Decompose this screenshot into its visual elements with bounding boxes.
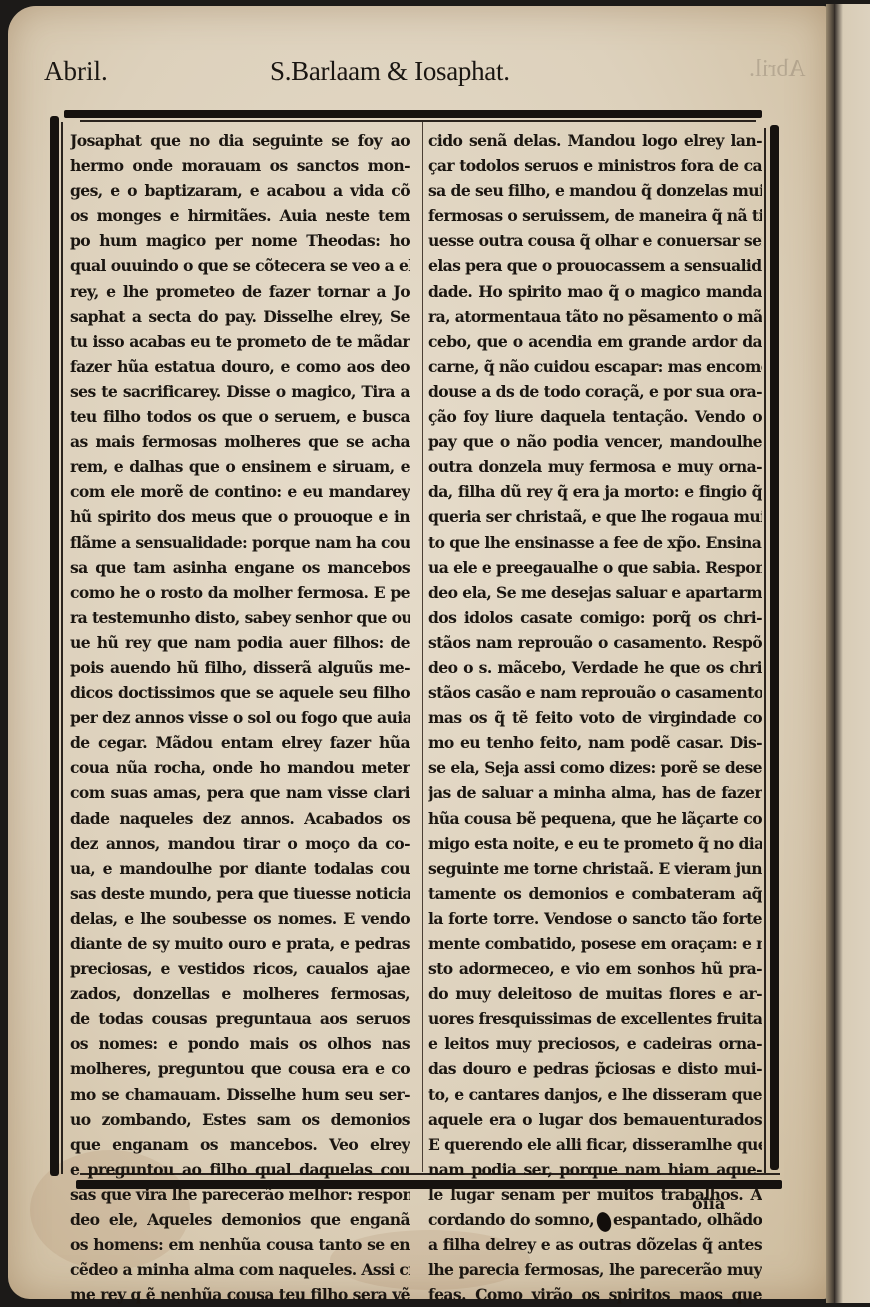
- text-line: com suas amas, pera que nam visse clari: [70, 780, 410, 805]
- text-line: uores fresquissimas de excellentes fruit…: [428, 1006, 762, 1031]
- text-line: to, e cantares danjos, e lhe disseram qu…: [428, 1082, 762, 1107]
- text-line: saphat a secta do pay. Disselhe elrey, S…: [70, 304, 410, 329]
- text-line: uo zombando, Estes sam os demonios: [70, 1107, 410, 1132]
- text-line: de todas cousas preguntaua aos seruos: [70, 1006, 410, 1031]
- text-line: diante de sy muito ouro e prata, e pedra…: [70, 931, 410, 956]
- text-line: hũ spirito dos meus que o prouoque e in: [70, 504, 410, 529]
- text-line: pois auendo hũ filho, disserã alguũs me-: [70, 655, 410, 680]
- text-line: douse a ds de todo coraçã, e por sua ora…: [428, 379, 762, 404]
- running-head-title: S.Barlaam & Iosaphat.: [270, 56, 510, 87]
- text-line: ua, e mandoulhe por diante todalas cou: [70, 856, 410, 881]
- text-line: tu isso acabas eu te prometo de te mãdar: [70, 329, 410, 354]
- text-line: stãos casão e nam reprouão o casamento: [428, 680, 762, 705]
- right-border-rule: [770, 125, 779, 1170]
- adjacent-page-edge: [834, 4, 870, 1303]
- signature-mark: oiia: [692, 1194, 725, 1213]
- text-line: hũa cousa bẽ pequena, que he lãçarte co: [428, 806, 762, 831]
- text-line: po hum magico per nome Theodas: ho: [70, 228, 410, 253]
- text-line: tamente os demonios e combateram aq̃: [428, 881, 762, 906]
- text-line: cido senã delas. Mandou logo elrey lan-: [428, 128, 762, 153]
- text-line: ção foy liure daquela tentação. Vendo o: [428, 404, 762, 429]
- text-line: qual ouuindo o que se cõtecera se veo a …: [70, 253, 410, 278]
- text-line: ra testemunho disto, sabey senhor que ou: [70, 605, 410, 630]
- text-column-left: Josaphat que no dia seguinte se foy aohe…: [70, 128, 410, 1307]
- text-line: ua ele e preegaualhe o que sabia. Respon: [428, 555, 762, 580]
- text-line: sas que vira lhe parecerão melhor: respo…: [70, 1182, 410, 1207]
- text-line: sas deste mundo, pera que tiuesse notici…: [70, 881, 410, 906]
- text-line: dade naqueles dez annos. Acabados os: [70, 806, 410, 831]
- text-line: carne, q̃ não cuidou escapar: mas encomẽ: [428, 354, 762, 379]
- text-line: os homens: em nenhũa cousa tanto se en: [70, 1232, 410, 1257]
- text-line: ue hũ rey que nam podia auer filhos: de: [70, 630, 410, 655]
- text-line: molheres, preguntou que cousa era e co: [70, 1056, 410, 1081]
- show-through-text: Abril.: [749, 56, 806, 83]
- text-line: per dez annos visse o sol ou fogo que au…: [70, 705, 410, 730]
- text-line: flãme a sensualidade: porque nam ha cou: [70, 530, 410, 555]
- text-line: preciosas, e vestidos ricos, caualos aja…: [70, 956, 410, 981]
- text-line: com ele morẽ de contino: e eu mandarey: [70, 479, 410, 504]
- text-line: la forte torre. Vendose o sancto tão for…: [428, 906, 762, 931]
- text-line: elas pera que o prouocassem a sensualida…: [428, 253, 762, 278]
- text-line: mo se chamauam. Disselhe hum seu ser-: [70, 1082, 410, 1107]
- text-line: me rey q ẽ nenhũa cousa teu filho sera v…: [70, 1282, 410, 1307]
- text-line: sa que tam asinha engane os mancebos: [70, 555, 410, 580]
- text-line: queria ser christaã, e que lhe rogaua mu…: [428, 504, 762, 529]
- text-line: zados, donzellas e molheres fermosas,: [70, 981, 410, 1006]
- text-line: sto adormeceo, e vio em sonhos hũ pra-: [428, 956, 762, 981]
- text-line: feas. Como virão os spiritos maos que: [428, 1282, 762, 1307]
- text-line: nam podia ser, porque nam hiam aque-: [428, 1157, 762, 1182]
- text-line: hermo onde morauam os sanctos mon-: [70, 153, 410, 178]
- left-border-inner-rule: [61, 122, 63, 1174]
- text-line: dos idolos casate comigo: porq̃ os chri-: [428, 605, 762, 630]
- text-line: os nomes: e pondo mais os olhos nas: [70, 1031, 410, 1056]
- text-line: dade. Ho spirito mao q̃ o magico manda: [428, 279, 762, 304]
- text-line: cẽdeo a minha alma com naqueles. Assi cr…: [70, 1257, 410, 1282]
- text-line: lhe parecia fermosas, lhe parecerão muy: [428, 1257, 762, 1282]
- text-line: to que lhe ensinasse a fee de xp̃o. Ensi…: [428, 530, 762, 555]
- text-line: os monges e hirmitães. Auia neste tem: [70, 203, 410, 228]
- top-border-inner-rule: [80, 120, 756, 122]
- text-line: Josaphat que no dia seguinte se foy ao: [70, 128, 410, 153]
- text-line: do muy deleitoso de muitas flores e ar-: [428, 981, 762, 1006]
- text-line: migo esta noite, e eu te prometo q̃ no d…: [428, 831, 762, 856]
- text-line: aquele era o lugar dos bemauenturados: [428, 1107, 762, 1132]
- text-line: dicos doctissimos que se aquele seu filh…: [70, 680, 410, 705]
- text-line: E querendo ele alli ficar, disseramlhe q…: [428, 1132, 762, 1157]
- text-line: mas os q̃ tẽ feito voto de virgindade co: [428, 705, 762, 730]
- text-line: deo o s. mãcebo, Verdade he que os chri: [428, 655, 762, 680]
- text-line: teu filho todos os que o seruem, e busca: [70, 404, 410, 429]
- text-line: mente combatido, posese em oraçam: e ni: [428, 931, 762, 956]
- text-line: uesse outra cousa q̃ olhar e conuersar s…: [428, 228, 762, 253]
- text-line: delas, e lhe soubesse os nomes. E vendo: [70, 906, 410, 931]
- text-line: outra donzela muy fermosa e muy orna-: [428, 454, 762, 479]
- column-divider: [422, 122, 423, 1172]
- text-line: a filha delrey e as outras dõzelas q̃ an…: [428, 1232, 762, 1257]
- running-head-month: Abril.: [44, 56, 108, 87]
- text-line: seguinte me torne christaã. E vieram jun: [428, 856, 762, 881]
- text-line: de cegar. Mãdou entam elrey fazer hũa: [70, 730, 410, 755]
- text-line: que enganam os mancebos. Veo elrey: [70, 1132, 410, 1157]
- text-line: fermosas o seruissem, de maneira q̃ nã t…: [428, 203, 762, 228]
- text-line: stãos nam reprouão o casamento. Respõ: [428, 630, 762, 655]
- text-line: e leitos muy preciosos, e cadeiras orna-: [428, 1031, 762, 1056]
- text-line: ra, atormentaua tãto no pẽsamento o mã: [428, 304, 762, 329]
- text-line: deo ele, Aqueles demonios que enganã: [70, 1207, 410, 1232]
- text-line: ges, e o baptizaram, e acabou a vida cõ: [70, 178, 410, 203]
- right-border-inner-rule: [764, 128, 766, 1173]
- text-line: ses te sacrificarey. Disse o magico, Tir…: [70, 379, 410, 404]
- text-line: pay que o não podia vencer, mandoulhe: [428, 429, 762, 454]
- text-line: jas de saluar a minha alma, has de fazer: [428, 780, 762, 805]
- text-line: rey, e lhe prometeo de fazer tornar a Jo: [70, 279, 410, 304]
- text-line: fazer hũa estatua douro, e como aos deo: [70, 354, 410, 379]
- left-border-rule: [50, 116, 59, 1176]
- text-line: das douro e pedras p̃ciosas e disto mui-: [428, 1056, 762, 1081]
- text-line: sa de seu filho, e mandou q̃ donzelas mu…: [428, 178, 762, 203]
- text-column-right: cido senã delas. Mandou logo elrey lan-ç…: [428, 128, 762, 1307]
- text-line: rem, e dalhas que o ensinem e siruam, e: [70, 454, 410, 479]
- text-line: çar todolos seruos e ministros fora de c…: [428, 153, 762, 178]
- text-line: deo ela, Se me desejas saluar e apartarm…: [428, 580, 762, 605]
- text-line: e preguntou ao filho qual daquelas cou: [70, 1157, 410, 1182]
- text-line: se ela, Seja assi como dizes: porẽ se de…: [428, 755, 762, 780]
- text-line: mo eu tenho feito, nam podẽ casar. Dis-: [428, 730, 762, 755]
- text-line: cebo, que o acendia em grande ardor da: [428, 329, 762, 354]
- text-line: as mais fermosas molheres que se acha: [70, 429, 410, 454]
- text-line: dez annos, mandou tirar o moço da co-: [70, 831, 410, 856]
- running-head: Abril. S.Barlaam & Iosaphat. Abril.: [44, 56, 774, 96]
- text-line: coua nũa rocha, onde ho mandou meter: [70, 755, 410, 780]
- text-line: como he o rosto da molher fermosa. E pe: [70, 580, 410, 605]
- top-border-rule: [64, 110, 762, 118]
- text-line: da, filha dũ rey q̃ era ja morto: e fing…: [428, 479, 762, 504]
